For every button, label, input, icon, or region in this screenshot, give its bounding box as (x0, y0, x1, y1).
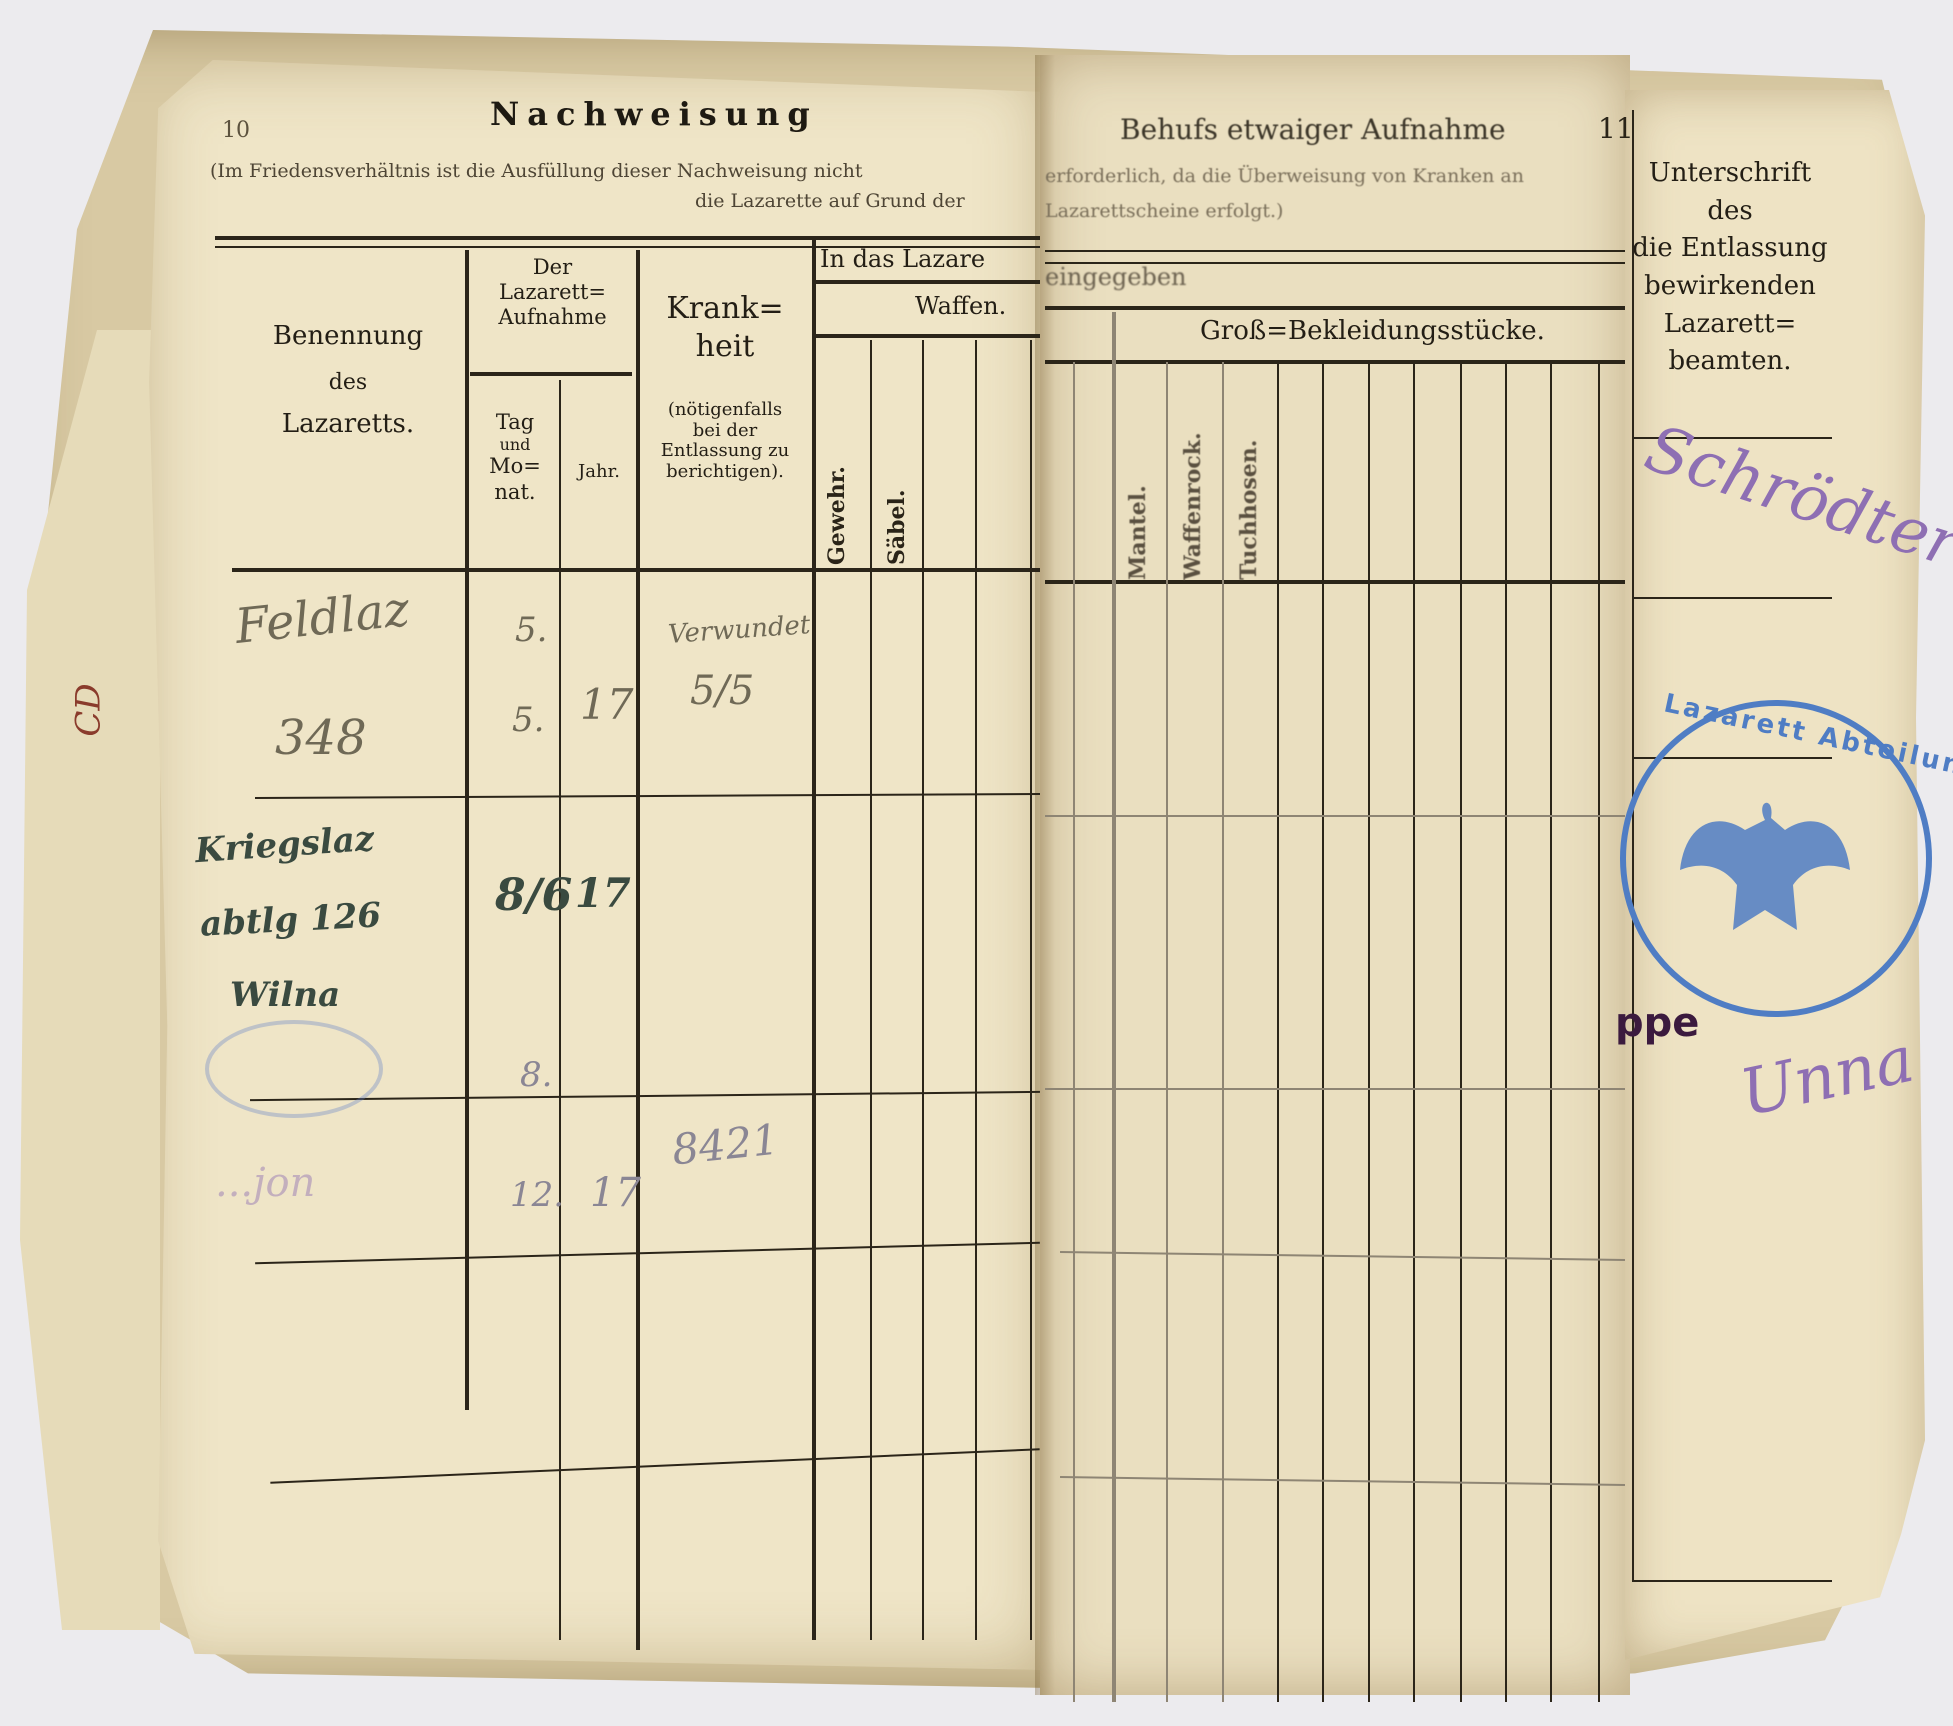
col-header-tuchhosen: Tuchhosen. (1236, 405, 1262, 580)
col-header-bekleidung: Groß=Bekleidungsstücke. (1200, 315, 1545, 348)
header-line: des (1630, 193, 1830, 231)
col-header-mantel: Mantel. (1125, 440, 1151, 580)
header-line: und (472, 435, 558, 454)
row-rule (1045, 815, 1625, 817)
header-line: Benennung (238, 320, 458, 353)
entry-tag-monat: 8/6 (495, 870, 572, 921)
header-line: bewirkenden (1630, 268, 1830, 306)
col-divider (559, 380, 561, 1640)
header-line: nat. (472, 480, 558, 505)
right-page-title: Behufs etwaiger Aufnahme (1120, 112, 1506, 147)
col-divider (1222, 362, 1224, 1702)
ink-stamp: ppe (1615, 1000, 1699, 1046)
col-header-gewehr: Gewehr. (824, 405, 850, 565)
header-line: Unterschrift (1630, 155, 1830, 193)
col-header-krankheit: Krank= heit (640, 290, 810, 365)
left-page-number: 10 (222, 118, 250, 143)
header-line: Lazarett= (470, 280, 635, 305)
header-line: Mo= (472, 454, 558, 479)
instruction-note-line1: (Im Friedensverhältnis ist die Ausfüllun… (210, 160, 863, 182)
row-rule (1632, 597, 1832, 599)
entry-lazarett-line: 348 (275, 710, 367, 766)
col-header-lazarett-group: In das Lazare (820, 245, 985, 274)
col-divider (1550, 362, 1552, 1702)
header-line: Lazaretts. (238, 408, 458, 441)
col-divider (1277, 362, 1279, 1702)
col-header-krankheit-note: (nötigenfalls bei der Entlassung zu beri… (640, 400, 810, 483)
header-line: beamten. (1630, 343, 1830, 381)
margin-mark: CD (69, 683, 109, 736)
instruction-note-line2-cont: Lazarettscheine erfolgt.) (1045, 200, 1283, 222)
header-line: Aufnahme (470, 305, 635, 330)
table-top-rule (215, 236, 1040, 240)
col-divider (1030, 340, 1032, 1640)
header-line: Tag (472, 410, 558, 435)
header-line: (nötigenfalls (640, 400, 810, 421)
page-title: Nachweisung (490, 95, 818, 133)
entry-krankheit: 5/5 (690, 668, 754, 714)
header-line: bei der (640, 421, 810, 442)
col-divider (975, 340, 977, 1640)
header-line: die Entlassung (1630, 230, 1830, 268)
col-header-waffen: Waffen. (915, 292, 1006, 321)
header-line: Entlassung zu (640, 441, 810, 462)
col-divider (1112, 312, 1116, 1702)
right-page-number: 11 (1598, 112, 1634, 145)
aufnahme-rule (470, 372, 632, 376)
entry-tag-monat: 5. (512, 700, 544, 740)
entry-lazarett-line: Wilna (230, 975, 340, 1015)
col-header-unterschrift: Unterschrift des die Entlassung bewirken… (1630, 155, 1830, 381)
col-divider (922, 340, 924, 1640)
header-line: Krank= (640, 290, 810, 328)
eagle-icon (1675, 790, 1855, 960)
col-divider (870, 340, 872, 1640)
lazarett-rule (812, 280, 1040, 284)
header-line: des (238, 369, 458, 397)
col-divider (1460, 362, 1462, 1702)
col-divider (1166, 362, 1168, 1702)
right-page (1040, 55, 1630, 1695)
group-rule (1045, 306, 1625, 310)
col-divider (1598, 362, 1600, 1702)
col-divider (1073, 362, 1075, 1702)
col-divider (812, 240, 816, 1640)
col-header-benennung: Benennung des Lazaretts. (238, 320, 458, 441)
entry-jahr: 17 (580, 680, 633, 729)
waffen-rule (812, 334, 1040, 338)
col-divider (1368, 362, 1370, 1702)
col-header-jahr: Jahr. (563, 462, 635, 483)
entry-jahr: 17 (575, 870, 631, 917)
cover-edge (20, 330, 160, 1630)
col-header-tag-monat: Tag und Mo= nat. (472, 410, 558, 505)
col-divider (1413, 362, 1415, 1702)
entry-tag-monat: 12. (510, 1175, 564, 1215)
entry-tag-monat: 8. (520, 1055, 552, 1095)
header-line: Lazarett= (1630, 306, 1830, 344)
row-rule (1632, 1580, 1832, 1582)
col-header-waffenrock: Waffenrock. (1180, 395, 1206, 580)
entry-jahr: 17 (590, 1170, 641, 1216)
header-bottom-rule (1045, 580, 1625, 584)
table-top-rule (1045, 250, 1625, 252)
instruction-note-line1-cont: erforderlich, da die Überweisung von Kra… (1045, 165, 1524, 187)
col-divider (1322, 362, 1324, 1702)
header-line: berichtigen). (640, 462, 810, 483)
faded-stamp (205, 1020, 383, 1118)
bekleidung-rule (1045, 360, 1625, 364)
col-divider (1505, 362, 1507, 1702)
group-label: eingegeben (1045, 262, 1187, 292)
instruction-note-line2: die Lazarette auf Grund der (695, 190, 965, 212)
entry-lazarett-line: ...jon (215, 1160, 315, 1206)
col-header-saebel: Säbel. (884, 430, 910, 565)
row-rule (1045, 1088, 1625, 1090)
col-divider (465, 250, 469, 1410)
header-line: Der (470, 255, 635, 280)
col-header-aufnahme: Der Lazarett= Aufnahme (470, 255, 635, 331)
entry-tag-monat: 5. (515, 610, 547, 650)
header-line: heit (640, 328, 810, 366)
